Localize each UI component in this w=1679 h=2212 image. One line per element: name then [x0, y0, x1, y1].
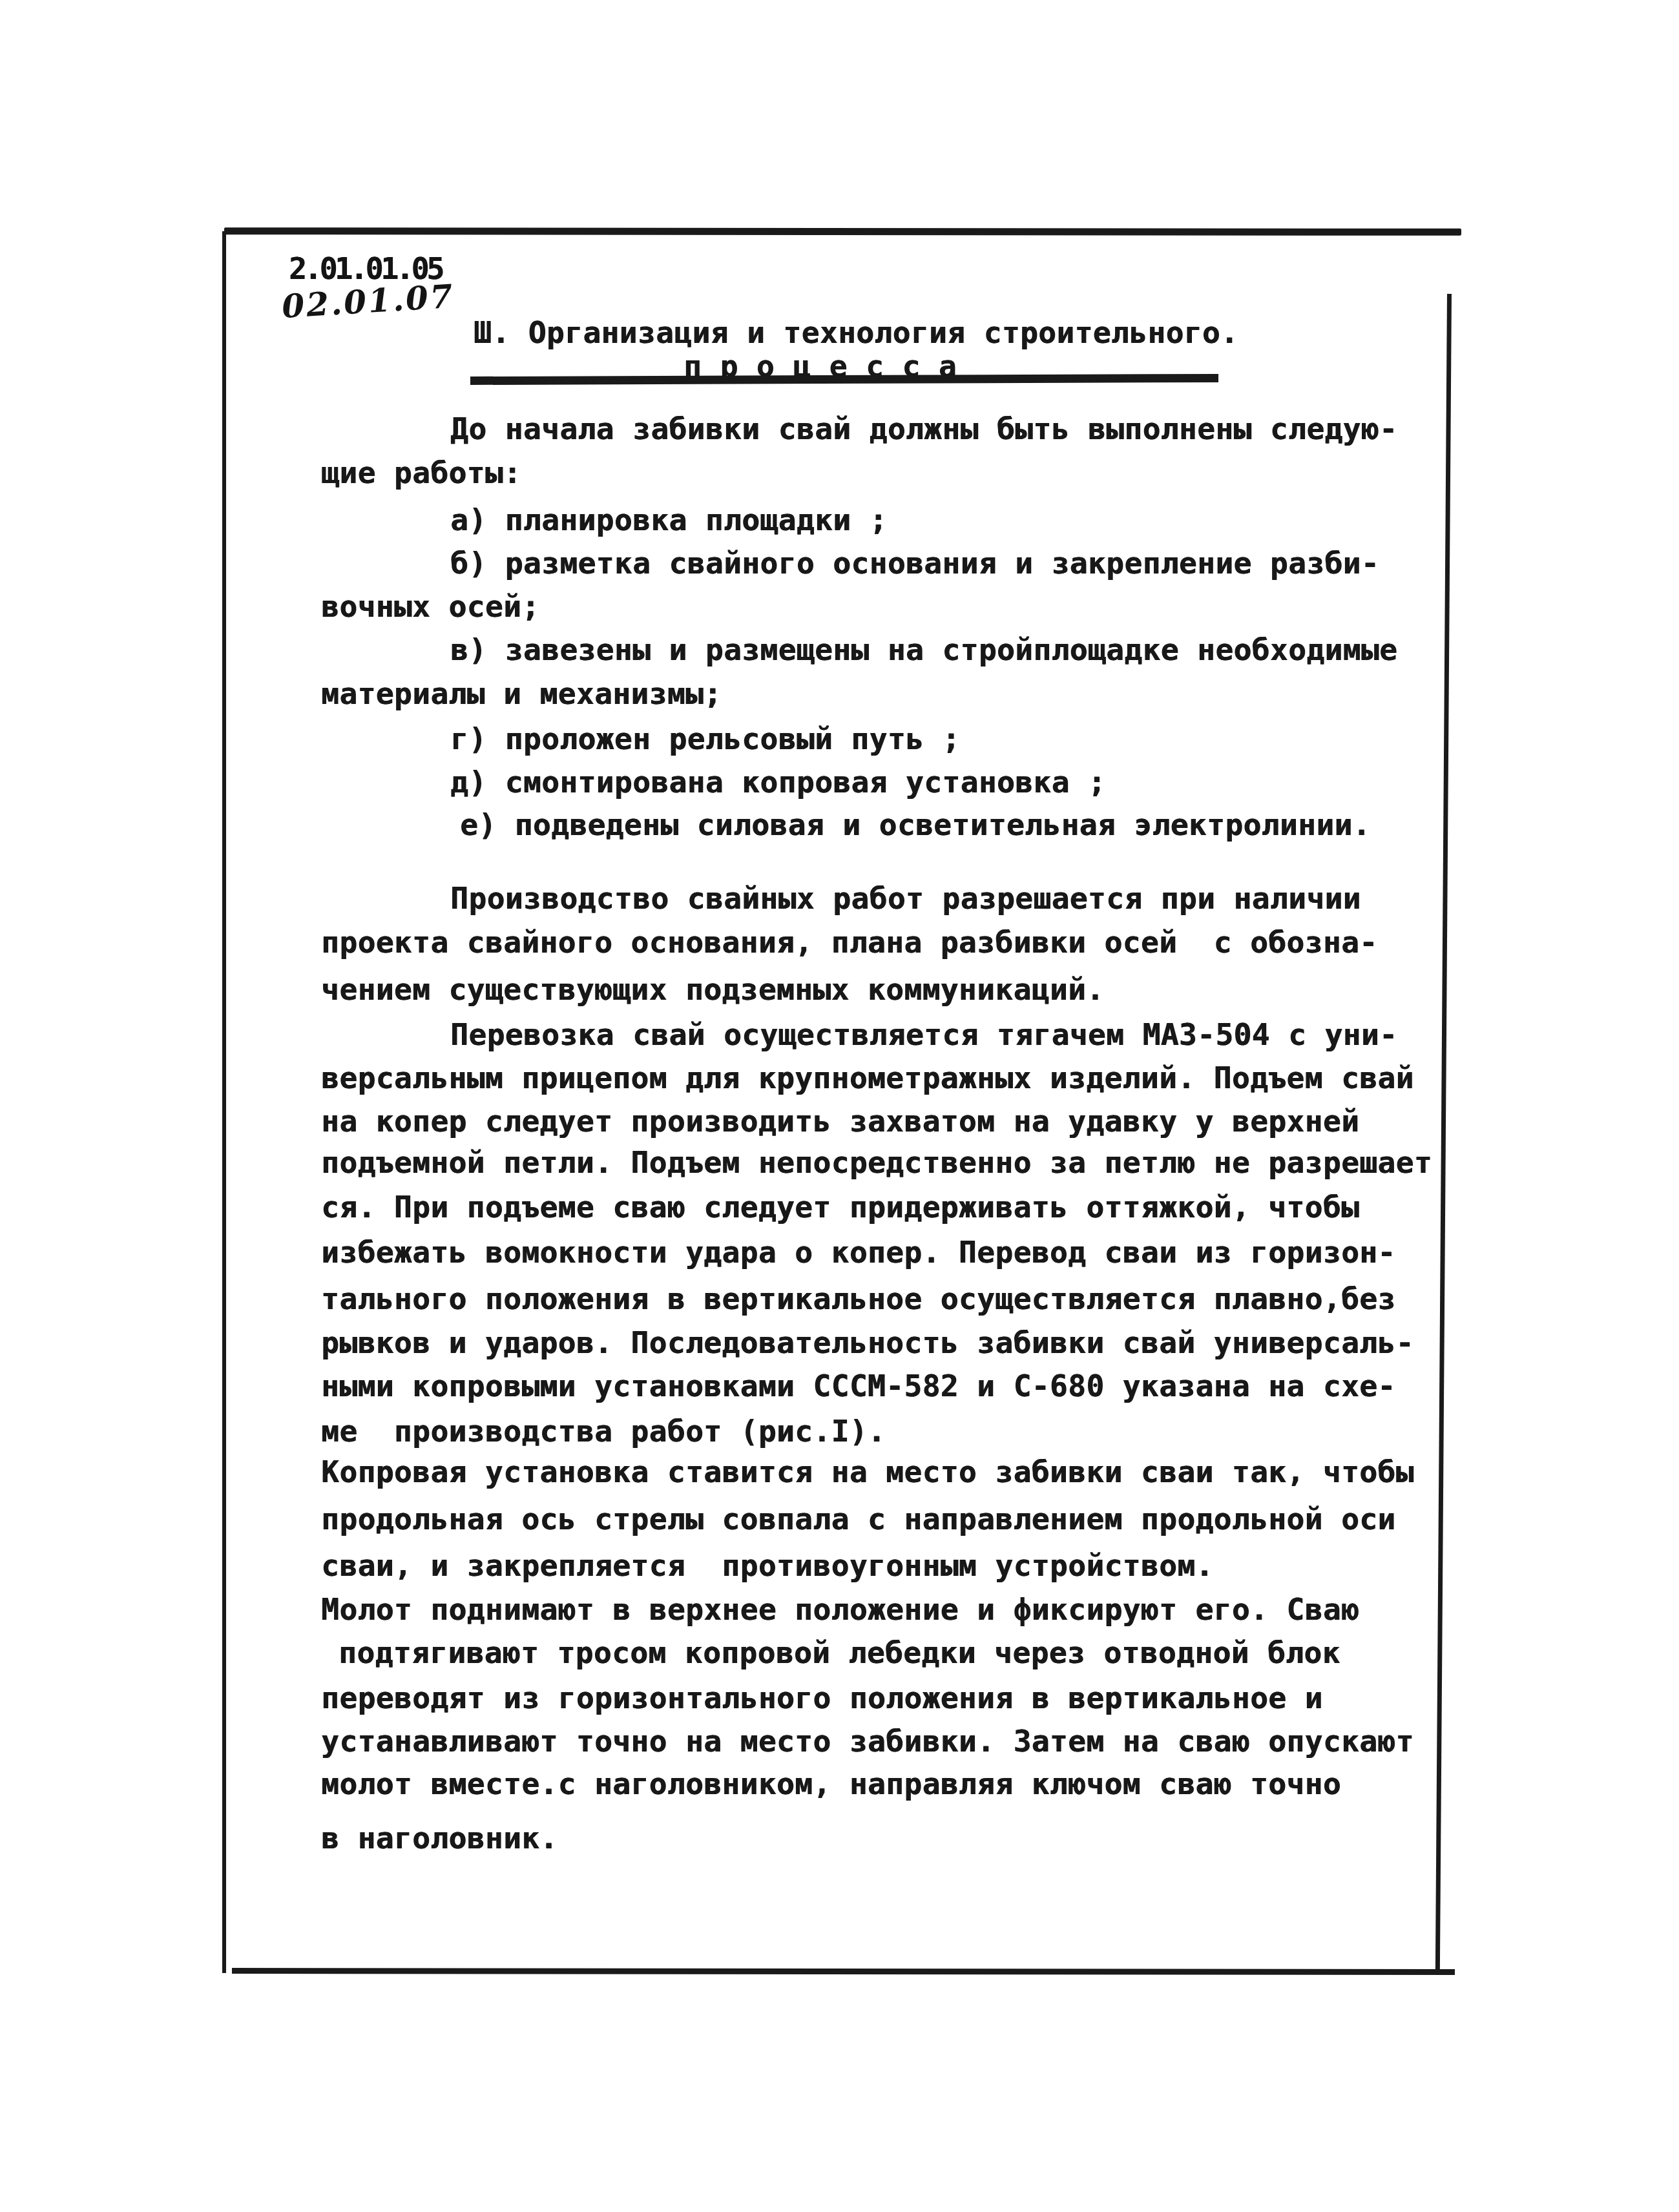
body-line: материалы и механизмы;: [321, 677, 722, 710]
body-line: д) смонтирована копровая установка ;: [450, 765, 1106, 799]
body-line: До начала забивки свай должны быть выпол…: [450, 412, 1397, 446]
body-line: продольная ось стрелы совпала с направле…: [321, 1502, 1395, 1536]
body-line: е) подведены силовая и осветительная эле…: [460, 808, 1371, 842]
title-underline: [470, 374, 1218, 385]
body-line: подъемной петли. Подъем непосредственно …: [321, 1146, 1432, 1179]
frame-right-border: [1435, 294, 1452, 1973]
scanned-document-page: 2.01.01.05 02.01.07 Ш. Организация и тех…: [0, 0, 1679, 2212]
body-line: Перевозка свай осуществляется тягачем МА…: [450, 1018, 1397, 1051]
body-line: щие работы:: [321, 456, 521, 490]
body-line: ме производства работ (рис.I).: [321, 1414, 886, 1448]
body-line: чением существующих подземных коммуникац…: [321, 973, 1104, 1006]
body-line: в наголовник.: [321, 1821, 558, 1855]
body-line: версальным прицепом для крупнометражных …: [321, 1061, 1414, 1095]
section-title-line1: Ш. Организация и технология строительног…: [474, 316, 1238, 349]
body-line: избежать вомокности удара о копер. Перев…: [321, 1235, 1395, 1269]
body-line: ными копровыми установками СССМ-582 и С-…: [321, 1369, 1395, 1403]
frame-left-border: [222, 231, 226, 1973]
body-line: б) разметка свайного основания и закрепл…: [450, 546, 1379, 580]
body-line: а) планировка площадки ;: [450, 503, 888, 537]
frame-bottom-border: [232, 1968, 1455, 1975]
body-line: проекта свайного основания, плана разбив…: [321, 925, 1377, 959]
body-line: сваи, и закрепляется противоугонным устр…: [321, 1549, 1214, 1582]
doc-code-handwritten: 02.01.07: [281, 280, 455, 324]
frame-top-border: [224, 227, 1461, 236]
body-line: ся. При подъеме сваю следует придерживат…: [321, 1190, 1359, 1224]
body-line: рывков и ударов. Последовательность заби…: [321, 1326, 1414, 1359]
body-line: Копровая установка ставится на место заб…: [321, 1455, 1414, 1489]
body-line: тального положения в вертикальное осущес…: [321, 1282, 1395, 1316]
body-line: переводят из горизонтального положения в…: [321, 1681, 1323, 1715]
body-line: на копер следует производить захватом на…: [321, 1104, 1359, 1138]
body-line: устанавливают точно на место забивки. За…: [321, 1724, 1414, 1758]
body-line: г) проложен рельсовый путь ;: [450, 722, 960, 756]
body-line: Молот поднимают в верхнее положение и фи…: [321, 1593, 1359, 1626]
body-line: в) завезены и размещены на стройплощадке…: [450, 633, 1397, 667]
body-line: подтягивают тросом копровой лебедки чере…: [339, 1636, 1340, 1669]
body-line: вочных осей;: [321, 590, 539, 623]
body-line: молот вместе.с наголовником, направляя к…: [321, 1767, 1341, 1801]
body-line: Производство свайных работ разрешается п…: [450, 882, 1361, 915]
